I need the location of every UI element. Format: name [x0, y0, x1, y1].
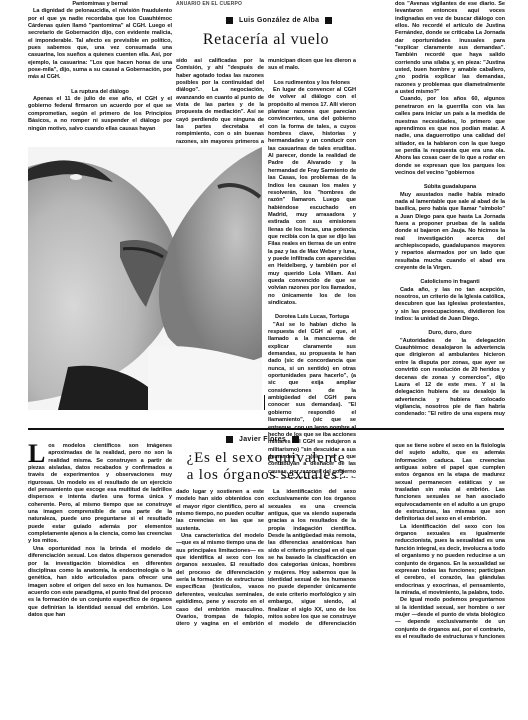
paragraph: os modelos científicos son imágenes apro… [28, 443, 172, 546]
paragraph: dado lugar y sostienen a este modelo han… [176, 489, 264, 533]
top-headline: Retacería al vuelo [176, 31, 356, 49]
paragraph: La identificación del sexo exclusivament… [268, 489, 356, 627]
section-kicker: ANUARIO EN EL CUERPO [176, 1, 242, 7]
subhead: Pantomimas y bernal [28, 1, 172, 8]
subhead: Súbita guadalupana [395, 184, 505, 191]
subhead: Catolicismo in fraganti [395, 279, 505, 286]
byline-square-icon [292, 436, 299, 443]
paragraph: La identificación del sexo con los órgan… [395, 524, 505, 597]
top-col-right-mid: municipan dicen que les dieron a sus el … [268, 58, 356, 478]
paragraph: Cuando, por los años 60, algunos penetra… [395, 96, 505, 177]
paragraph: De igual modo podemos preguntarnos si la… [395, 597, 505, 638]
bottom-byline: Javier Flores [226, 436, 299, 443]
headline-line-2: a los órganos sexuales? [176, 467, 356, 484]
paragraph: Una oportunidad nos la brinda el modelo … [28, 546, 172, 619]
bottom-col-4: que se tiene sobre el sexo en la fisiolo… [395, 443, 505, 638]
paragraph: sido así calificadas por la Comisión, y … [176, 58, 264, 144]
paragraph: Muy asustados nadie había mirado nada al… [395, 192, 505, 273]
bottom-col-2: dado lugar y sostienen a este modelo han… [176, 489, 264, 627]
subhead: La ruptura del diálogo [28, 89, 172, 96]
paragraph: que se tiene sobre el sexo en la fisiolo… [395, 443, 505, 524]
kiss-photo [28, 147, 262, 410]
byline-square-icon [325, 17, 332, 24]
top-byline: Luis González de Alba [226, 17, 332, 24]
top-col-right: dos "Avenas vigilantes de ese diario. Se… [395, 1, 505, 419]
paragraph: En lugar de convencer al CGH de volver a… [268, 87, 356, 307]
top-col-mid: sido así calificadas por la Comisión, y … [176, 58, 264, 144]
byline-author: Luis González de Alba [239, 17, 319, 24]
photo-image [28, 147, 262, 410]
bottom-col-1: L os modelos científicos son imágenes ap… [28, 443, 172, 655]
subhead: Los rudimentos y los felones [268, 80, 356, 87]
photo-vertical-rule [264, 395, 265, 410]
subhead: Duro, duro, duro [395, 330, 505, 337]
top-col-left: Pantomimas y bernal La dignidad de pelon… [28, 1, 172, 133]
byline-square-icon [226, 436, 233, 443]
bottom-col-3: La identificación del sexo exclusivament… [268, 489, 356, 627]
paragraph: Una característica del modelo —que es al… [176, 533, 264, 627]
paragraph: municipan dicen que les dieron a sus el … [268, 58, 356, 73]
paragraph: Cada año, y las no tan acepción, nosotro… [395, 287, 505, 324]
paragraph: dos "Avenas vigilantes de ese diario. Se… [395, 1, 505, 96]
byline-author: Javier Flores [239, 436, 286, 443]
headline-line-1: ¿Es el sexo equivalente [176, 450, 356, 467]
bottom-headline: ¿Es el sexo equivalente a los órganos se… [176, 450, 356, 484]
section-divider [28, 428, 504, 430]
paragraph: La dignidad de pelonaucidia, el nivisión… [28, 8, 172, 81]
subhead: Dorotea Luis Lucas, Tortuga [268, 314, 356, 321]
paragraph: Apenas el 11 de julio de ese año, el CGH… [28, 96, 172, 133]
drop-cap: L [28, 444, 45, 464]
byline-square-icon [226, 17, 233, 24]
paragraph: "Autoridades de la delegación Cuauhtémoc… [395, 338, 505, 419]
